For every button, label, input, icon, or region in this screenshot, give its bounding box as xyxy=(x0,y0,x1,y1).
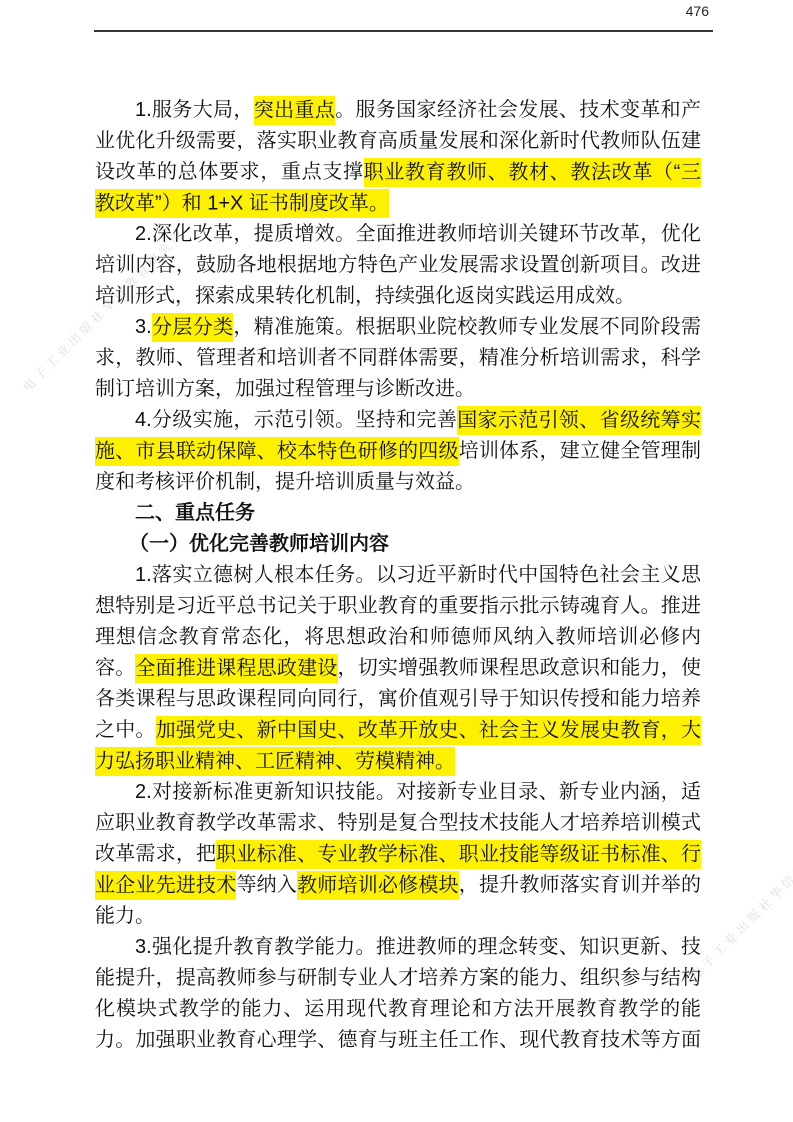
section-heading: 二、重点任务 xyxy=(95,498,701,529)
highlighted-text: 职业教育教师、教材、教法改革（“三 xyxy=(364,158,701,187)
heading-text: （一）优化完善教师培训内容 xyxy=(129,533,389,555)
text-segment: 化模块式教学的能力、运用现代教育理论和方法开展教育教学的能 xyxy=(95,998,701,1020)
text-segment: 制订培训方案，加强过程管理与诊断改进。 xyxy=(95,378,475,400)
text-line: 度和考核评价机制，提升培训质量与效益。 xyxy=(95,467,701,498)
text-line: 力。加强职业教育心理学、德育与班主任工作、现代教育技术等方面 xyxy=(95,1025,701,1056)
text-line: 业优化升级需要，落实职业教育高质量发展和深化新时代教师队伍建 xyxy=(95,126,701,157)
text-segment: 2.对接新标准更新知识技能。对接新专业目录、新专业内涵，适 xyxy=(135,781,701,803)
text-segment: 设改革的总体要求，重点支撑 xyxy=(95,161,364,183)
text-line: 应职业教育教学改革需求、特别是复合型技术技能人才培养培训模式 xyxy=(95,808,701,839)
text-line: 改革需求，把职业标准、专业教学标准、职业技能等级证书标准、行 xyxy=(95,839,701,870)
heading-text: 二、重点任务 xyxy=(135,502,255,524)
text-segment: 1.落实立德树人根本任务。以习近平新时代中国特色社会主义思 xyxy=(135,564,701,586)
text-line: 理想信念教育常态化，将思想政治和师德师风纳入教师培训必修内 xyxy=(95,622,701,653)
document-body: 1.服务大局，突出重点。服务国家经济社会发展、技术变革和产 业优化升级需要，落实… xyxy=(95,95,701,1056)
text-line: 力弘扬职业精神、工匠精神、劳模精神。 xyxy=(95,746,701,777)
text-segment: 之中。 xyxy=(95,719,156,741)
text-line: 1.服务大局，突出重点。服务国家经济社会发展、技术变革和产 xyxy=(95,95,701,126)
text-segment: 理想信念教育常态化，将思想政治和师德师风纳入教师培训必修内 xyxy=(95,626,701,648)
highlighted-text: 分层分类 xyxy=(152,313,234,342)
text-line: 施、市县联动保障、校本特色研修的四级培训体系，建立健全管理制 xyxy=(95,436,701,467)
text-line: 制订培训方案，加强过程管理与诊断改进。 xyxy=(95,374,701,405)
page-number: 476 xyxy=(686,3,709,19)
text-line: 4.分级实施，示范引领。坚持和完善国家示范引领、省级统筹实 xyxy=(95,405,701,436)
text-line: 能提升，提高教师参与研制专业人才培养方案的能力、组织参与结构 xyxy=(95,963,701,994)
text-segment: 2.深化改革，提质增效。全面推进教师培训关键环节改革，优化 xyxy=(135,223,701,245)
highlighted-text: 国家示范引领、省级统筹实 xyxy=(457,406,701,435)
text-segment: 想特别是习近平总书记关于职业教育的重要指示批示铸魂育人。推进 xyxy=(95,595,701,617)
text-line: 化模块式教学的能力、运用现代教育理论和方法开展教育教学的能 xyxy=(95,994,701,1025)
header-rule xyxy=(94,30,713,32)
text-segment: 培训形式，探索成果转化机制，持续强化返岗实践运用成效。 xyxy=(95,285,635,307)
text-line: 培训形式，探索成果转化机制，持续强化返岗实践运用成效。 xyxy=(95,281,701,312)
text-line: 设改革的总体要求，重点支撑职业教育教师、教材、教法改革（“三 xyxy=(95,157,701,188)
text-segment: 能提升，提高教师参与研制专业人才培养方案的能力、组织参与结构 xyxy=(95,967,701,989)
text-line: 求，教师、管理者和培训者不同群体需要，精准分析培训需求，科学 xyxy=(95,343,701,374)
text-line: 培训内容，鼓励各地根据地方特色产业发展需求设置创新项目。改进 xyxy=(95,250,701,281)
text-segment: 业优化升级需要，落实职业教育高质量发展和深化新时代教师队伍建 xyxy=(95,130,701,152)
text-line: 业企业先进技术等纳入教师培训必修模块，提升教师落实育训并举的 xyxy=(95,870,701,901)
highlighted-text: 教改革”）和 1+X 证书制度改革。 xyxy=(95,189,389,218)
highlighted-text: 全面推进课程思政建设 xyxy=(135,654,337,683)
highlighted-text: 施、市县联动保障、校本特色研修的四级 xyxy=(95,437,459,466)
text-line: 2.对接新标准更新知识技能。对接新专业目录、新专业内涵，适 xyxy=(95,777,701,808)
highlighted-text: 力弘扬职业精神、工匠精神、劳模精神。 xyxy=(95,747,455,776)
text-segment: 4.分级实施，示范引领。坚持和完善 xyxy=(135,409,457,431)
text-line: 之中。加强党史、新中国史、改革开放史、社会主义发展史教育，大 xyxy=(95,715,701,746)
watermark: 电子工业出版社华信教育研究所 xyxy=(687,812,793,982)
text-segment: 能力。 xyxy=(95,905,155,927)
text-line: 教改革”）和 1+X 证书制度改革。 xyxy=(95,188,701,219)
text-segment: 度和考核评价机制，提升培训质量与效益。 xyxy=(95,471,475,493)
text-segment: ，切实增强教师课程思政意识和能力，使 xyxy=(338,657,702,679)
text-line: 容。全面推进课程思政建设，切实增强教师课程思政意识和能力，使 xyxy=(95,653,701,684)
highlighted-text: 突出重点 xyxy=(254,96,335,125)
text-segment: 求，教师、管理者和培训者不同群体需要，精准分析培训需求，科学 xyxy=(95,347,701,369)
text-segment: 1.服务大局， xyxy=(135,99,254,121)
text-line: 3.分层分类，精准施策。根据职业院校教师专业发展不同阶段需 xyxy=(95,312,701,343)
text-segment: 应职业教育教学改革需求、特别是复合型技术技能人才培养培训模式 xyxy=(95,812,701,834)
highlighted-text: 加强党史、新中国史、改革开放史、社会主义发展史教育，大 xyxy=(156,716,701,745)
text-segment: 力。加强职业教育心理学、德育与班主任工作、现代教育技术等方面 xyxy=(95,1029,701,1051)
text-segment: 。服务国家经济社会发展、技术变革和产 xyxy=(335,99,701,121)
highlighted-text: 职业标准、专业教学标准、职业技能等级证书标准、行 xyxy=(216,840,701,869)
text-segment: 3.强化提升教育教学能力。推进教师的理念转变、知识更新、技 xyxy=(135,936,701,958)
text-line: 各类课程与思政课程同向同行，寓价值观引导于知识传授和能力培养 xyxy=(95,684,701,715)
highlighted-text: 业企业先进技术 xyxy=(95,871,236,900)
text-segment: 改革需求，把 xyxy=(95,843,216,865)
text-segment: 各类课程与思政课程同向同行，寓价值观引导于知识传授和能力培养 xyxy=(95,688,701,710)
text-segment: 培训内容，鼓励各地根据地方特色产业发展需求设置创新项目。改进 xyxy=(95,254,701,276)
text-line: 1.落实立德树人根本任务。以习近平新时代中国特色社会主义思 xyxy=(95,560,701,591)
text-segment: 容。 xyxy=(95,657,135,679)
text-line: 想特别是习近平总书记关于职业教育的重要指示批示铸魂育人。推进 xyxy=(95,591,701,622)
text-segment: ，精准施策。根据职业院校教师专业发展不同阶段需 xyxy=(233,316,701,338)
text-line: 能力。 xyxy=(95,901,701,932)
text-segment: 3. xyxy=(135,316,152,338)
text-segment: 培训体系，建立健全管理制 xyxy=(459,440,701,462)
subsection-heading: （一）优化完善教师培训内容 xyxy=(95,529,701,560)
text-segment: ，提升教师落实育训并举的 xyxy=(459,874,701,896)
text-line: 3.强化提升教育教学能力。推进教师的理念转变、知识更新、技 xyxy=(95,932,701,963)
text-segment: 等纳入 xyxy=(236,874,297,896)
highlighted-text: 教师培训必修模块 xyxy=(297,871,459,900)
text-line: 2.深化改革，提质增效。全面推进教师培训关键环节改革，优化 xyxy=(95,219,701,250)
